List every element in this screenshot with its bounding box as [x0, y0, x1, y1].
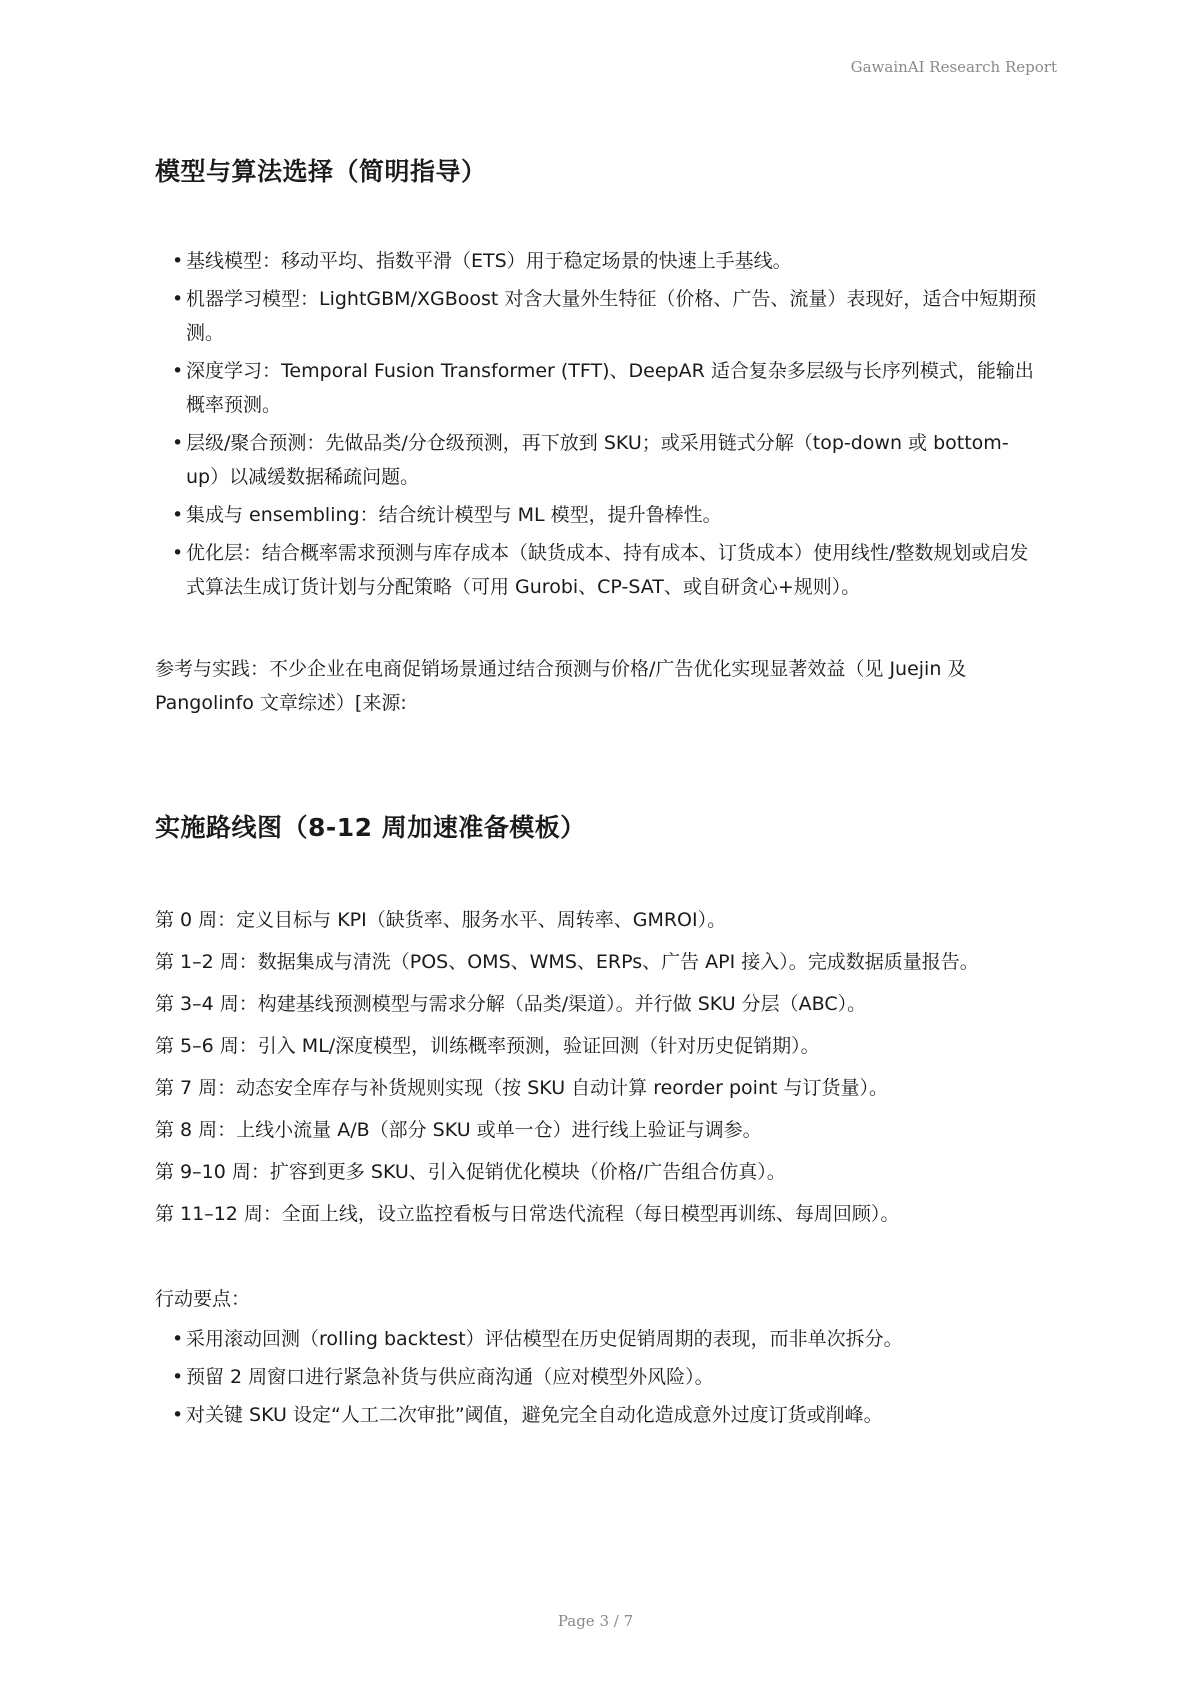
roadmap-week-item: 第 7 周：动态安全库存与补货规则实现（按 SKU 自动计算 reorder p… — [155, 1071, 1040, 1113]
roadmap-week-item: 第 5–6 周：引入 ML/深度模型，训练概率预测，验证回测（针对历史促销期）。 — [155, 1029, 1040, 1071]
roadmap-week-item: 第 3–4 周：构建基线预测模型与需求分解（品类/渠道）。并行做 SKU 分层（… — [155, 987, 1040, 1029]
list-item: 优化层：结合概率需求预测与库存成本（缺货成本、持有成本、订货成本）使用线性/整数… — [155, 536, 1040, 604]
running-header: GawainAI Research Report — [851, 58, 1057, 76]
roadmap-week-item: 第 8 周：上线小流量 A/B（部分 SKU 或单一仓）进行线上验证与调参。 — [155, 1113, 1040, 1155]
roadmap-week-list: 第 0 周：定义目标与 KPI（缺货率、服务水平、周转率、GMROI）。 第 1… — [155, 903, 1040, 1239]
roadmap-week-item: 第 1–2 周：数据集成与清洗（POS、OMS、WMS、ERPs、广告 API … — [155, 945, 1040, 987]
model-bullet-list: 基线模型：移动平均、指数平滑（ETS）用于稳定场景的快速上手基线。 机器学习模型… — [155, 244, 1040, 608]
list-item: 对关键 SKU 设定“人工二次审批”阈值，避免完全自动化造成意外过度订货或削峰。 — [155, 1398, 1040, 1432]
action-points-label: 行动要点： — [155, 1282, 250, 1316]
list-item: 采用滚动回测（rolling backtest）评估模型在历史促销周期的表现，而… — [155, 1322, 1040, 1356]
list-item: 预留 2 周窗口进行紧急补货与供应商沟通（应对模型外风险）。 — [155, 1360, 1040, 1394]
list-item: 基线模型：移动平均、指数平滑（ETS）用于稳定场景的快速上手基线。 — [155, 244, 1040, 278]
list-item: 深度学习：Temporal Fusion Transformer (TFT)、D… — [155, 354, 1040, 422]
roadmap-week-item: 第 0 周：定义目标与 KPI（缺货率、服务水平、周转率、GMROI）。 — [155, 903, 1040, 945]
list-item: 层级/聚合预测：先做品类/分仓级预测，再下放到 SKU；或采用链式分解（top-… — [155, 426, 1040, 494]
roadmap-week-item: 第 9–10 周：扩容到更多 SKU、引入促销优化模块（价格/广告组合仿真）。 — [155, 1155, 1040, 1197]
page-number: Page 3 / 7 — [0, 1612, 1191, 1630]
list-item: 机器学习模型：LightGBM/XGBoost 对含大量外生特征（价格、广告、流… — [155, 282, 1040, 350]
roadmap-week-item: 第 11–12 周：全面上线，设立监控看板与日常迭代流程（每日模型再训练、每周回… — [155, 1197, 1040, 1239]
reference-paragraph: 参考与实践：不少企业在电商促销场景通过结合预测与价格/广告优化实现显著效益（见 … — [155, 652, 1040, 720]
section-heading-roadmap: 实施路线图（8-12 周加速准备模板） — [155, 808, 586, 844]
list-item: 集成与 ensembling：结合统计模型与 ML 模型，提升鲁棒性。 — [155, 498, 1040, 532]
action-bullet-list: 采用滚动回测（rolling backtest）评估模型在历史促销周期的表现，而… — [155, 1322, 1040, 1436]
section-heading-model-selection: 模型与算法选择（简明指导） — [155, 152, 487, 188]
